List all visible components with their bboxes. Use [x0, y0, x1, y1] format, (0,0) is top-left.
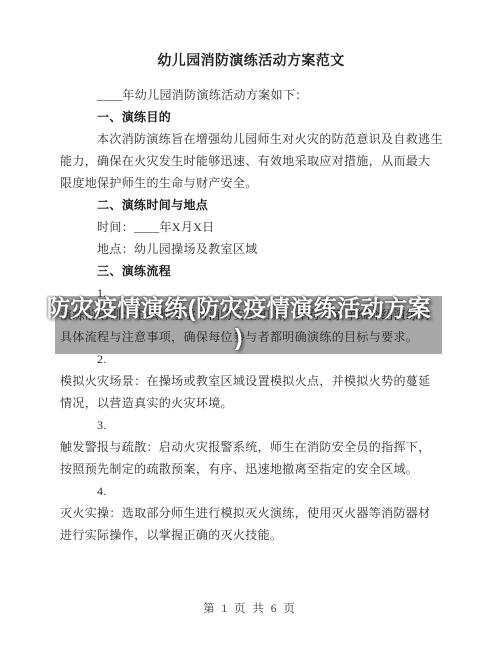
document-body: 幼儿园消防演练活动方案范文 ____年幼儿园消防演练活动方案如下： 一、演练目的… — [0, 0, 500, 546]
item-4-line-1: 灭火实操：选取部分师生进行模拟灭火演练，使用灭火器等消防器材 — [60, 502, 442, 524]
banner-title-line-1: 防灾疫情演练(防灾疫情演练活动方案 — [36, 294, 442, 323]
item-3-number: 3. — [60, 414, 442, 436]
place-line: 地点：幼儿园操场及教室区域 — [60, 238, 442, 260]
item-3-line-2: 按照预先制定的疏散预案，有序、迅速地撤离至指定的安全区域。 — [60, 458, 442, 480]
time-line: 时间：____年X月X日 — [60, 216, 442, 238]
doc-title: 幼儿园消防演练活动方案范文 — [60, 52, 442, 72]
purpose-line-1: 本次消防演练旨在增强幼儿园师生对火灾的防范意识及自救逃生 — [60, 128, 442, 150]
item-4-number: 4. — [60, 480, 442, 502]
purpose-line-3: 限度地保护师生的生命与财产安全。 — [60, 172, 442, 194]
heading-time-place: 二、演练时间与地点 — [60, 194, 442, 216]
item-2-line-2: 情况，以营造真实的火灾环境。 — [60, 392, 442, 414]
heading-purpose: 一、演练目的 — [60, 106, 442, 128]
banner-title-line-2: ) — [36, 323, 442, 352]
intro-line: ____年幼儿园消防演练活动方案如下： — [60, 84, 442, 106]
heading-process: 三、演练流程 — [60, 260, 442, 282]
overlay-banner: 防灾疫情演练(防灾疫情演练活动方案 ) — [36, 294, 442, 352]
item-4-line-2: 进行实际操作，以掌握正确的灭火技能。 — [60, 524, 442, 546]
item-2-line-1: 模拟火灾场景：在操场或教室区域设置模拟火点，并模拟火势的蔓延 — [60, 370, 442, 392]
page-footer: 第 1 页 共 6 页 — [0, 600, 500, 616]
document-page: 幼儿园消防演练活动方案范文 ____年幼儿园消防演练活动方案如下： 一、演练目的… — [0, 0, 500, 647]
purpose-line-2: 能力，确保在火灾发生时能够迅速、有效地采取应对措施，从而最大 — [60, 150, 442, 172]
item-3-line-1: 触发警报与疏散：启动火灾报警系统，师生在消防安全员的指挥下， — [60, 436, 442, 458]
